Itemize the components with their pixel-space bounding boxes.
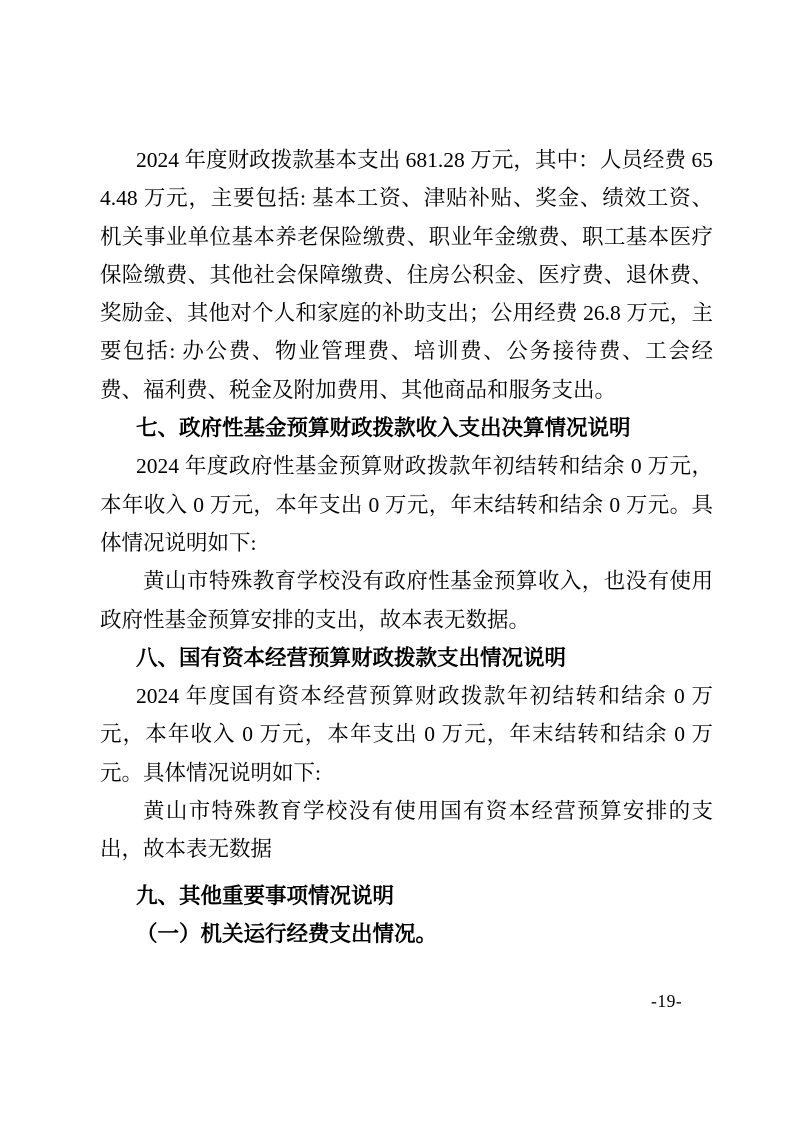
note-govt-fund-no-data: 黄山市特殊教育学校没有政府性基金预算收入，也没有使用政府性基金预算安排的支出，故… <box>100 562 713 639</box>
note-state-capital-no-data: 黄山市特殊教育学校没有使用国有资本经营预算安排的支出，故本表无数据 <box>100 792 713 869</box>
page-number: -19- <box>651 991 682 1011</box>
para-fiscal-basic-expenditure: 2024 年度财政拨款基本支出 681.28 万元，其中：人员经费 654.48… <box>100 141 713 409</box>
subheading-item-one-agency-operating-expense: （一）机关运行经费支出情况。 <box>100 915 713 953</box>
para-govt-fund-budget-summary: 2024 年度政府性基金预算财政拨款年初结转和结余 0 万元，本年收入 0 万元… <box>100 447 713 562</box>
para-state-capital-budget-summary: 2024 年度国有资本经营预算财政拨款年初结转和结余 0 万元，本年收入 0 万… <box>100 677 713 792</box>
document-body: 2024 年度财政拨款基本支出 681.28 万元，其中：人员经费 654.48… <box>100 141 713 953</box>
heading-section-nine-other-matters: 九、其他重要事项情况说明 <box>100 877 713 915</box>
document-page: 2024 年度财政拨款基本支出 681.28 万元，其中：人员经费 654.48… <box>0 0 793 1122</box>
heading-section-eight-state-capital-budget: 八、国有资本经营预算财政拨款支出情况说明 <box>100 639 713 677</box>
heading-section-seven-govt-fund-budget: 七、政府性基金预算财政拨款收入支出决算情况说明 <box>100 409 713 447</box>
